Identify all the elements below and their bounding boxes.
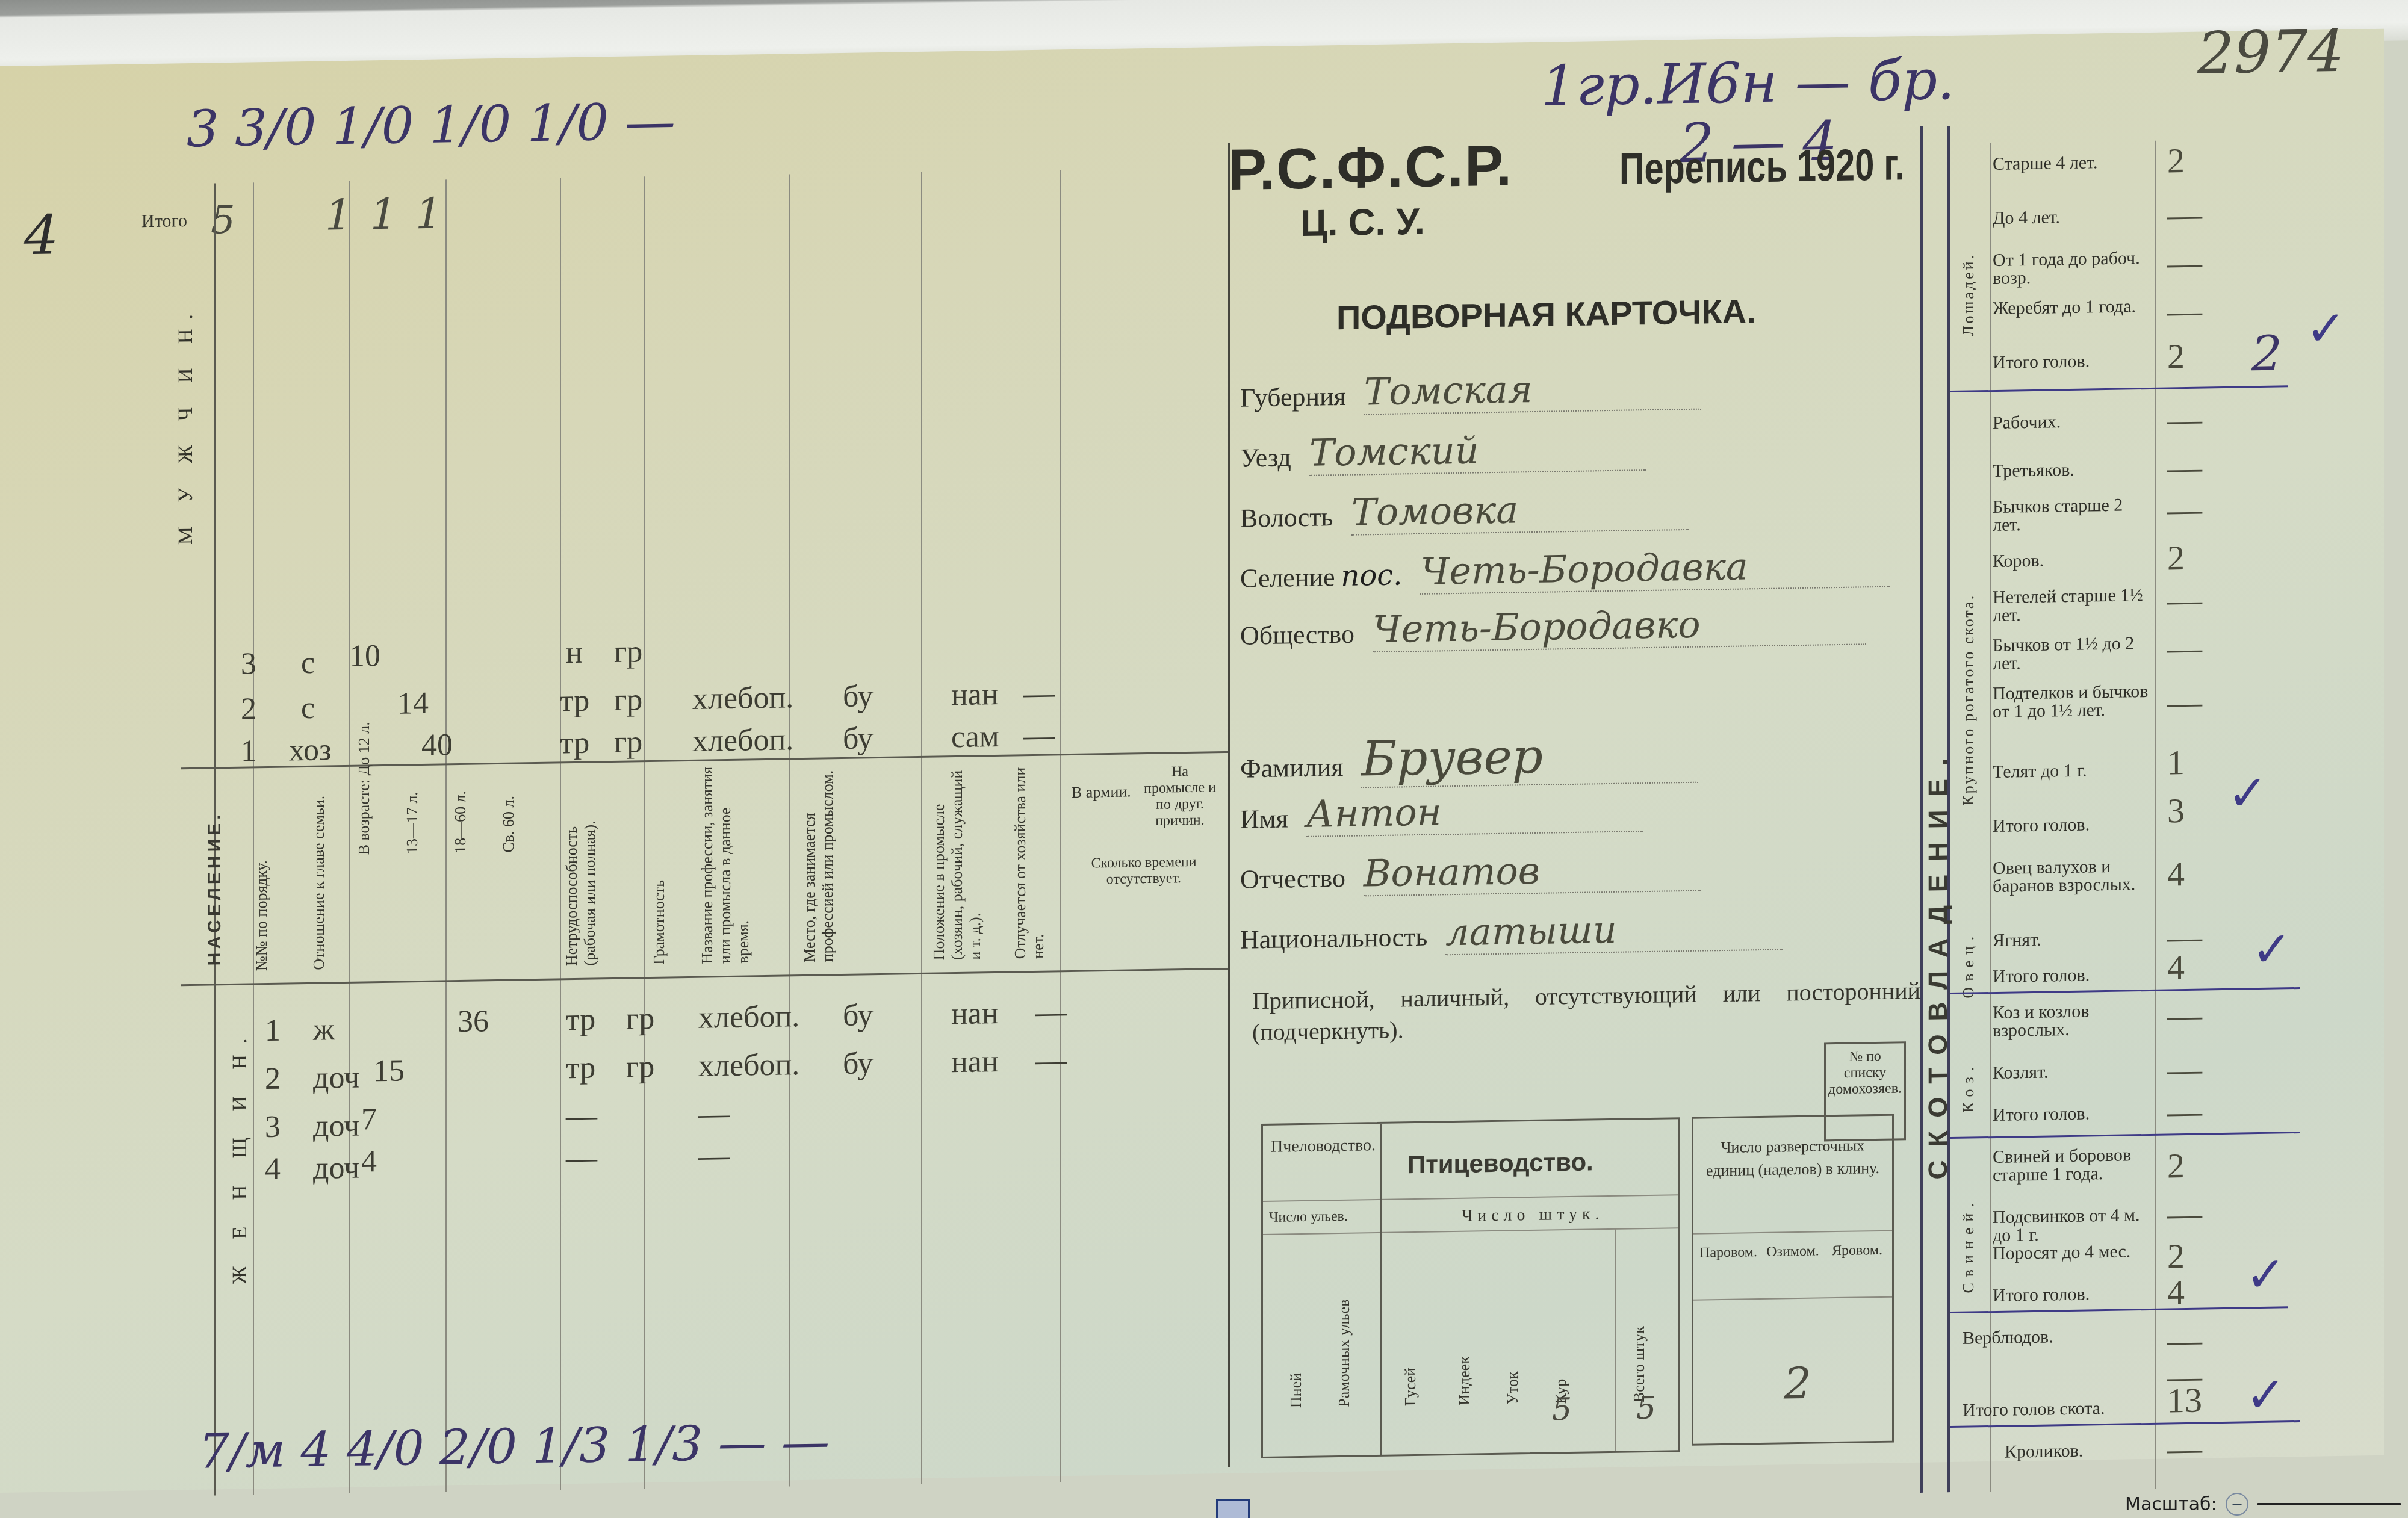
female-row-relation: доч	[313, 1060, 359, 1096]
field-label: Общество	[1240, 619, 1354, 651]
pigs-total: Итого голов.	[1993, 1284, 2155, 1305]
col-indeek: Индеек	[1456, 1356, 1474, 1405]
top-left-fraction-note: 3 3/0 1/0 1/0 1/0 —	[187, 91, 675, 158]
allotments-table: Число разверсточных единиц (наделов) в к…	[1692, 1114, 1894, 1446]
female-row-place: бу	[843, 997, 873, 1033]
col-number: №№ по порядку.	[253, 860, 271, 971]
population-section-label: НАСЕЛЕНИЕ.	[205, 811, 225, 965]
field-label: Губерния	[1240, 381, 1346, 414]
female-row-disability: —	[566, 1140, 597, 1176]
oxen-working: Рабочих.	[1993, 412, 2155, 432]
shoats-value: —	[2167, 1194, 2202, 1235]
poultry-beekeeping-table: Пчеловодство. Птицеводство. Число ульев.…	[1261, 1117, 1680, 1458]
cattle-total-value: 3	[2167, 790, 2185, 831]
male-row-age: 14	[397, 686, 429, 722]
male-itogo-label: Итого	[141, 211, 187, 232]
female-row-num: 4	[265, 1151, 281, 1187]
horses-1yr-to-working: От 1 года до рабоч. возр.	[1993, 249, 2155, 288]
piglets: Поросят до 4 мес.	[1993, 1242, 2155, 1263]
field-label: Селение	[1240, 562, 1335, 593]
allotments-title: Число разверсточных единиц (наделов) в к…	[1699, 1134, 1886, 1183]
piglets-value: 2	[2167, 1236, 2185, 1276]
male-row-disability: тр	[560, 683, 589, 719]
female-row-profession: хлебоп.	[698, 1047, 799, 1084]
male-row-relation: с	[301, 690, 315, 726]
col-age-13-17: 13—17 л.	[403, 792, 421, 854]
male-row-age: 10	[349, 638, 380, 674]
male-row-literacy: гр	[614, 634, 642, 670]
kur-value: 5	[1552, 1392, 1572, 1428]
field-value: Томовка	[1351, 485, 1689, 536]
male-row-place: бу	[843, 678, 873, 714]
field-label: Волость	[1240, 501, 1333, 533]
horses-check-value: 2	[2251, 325, 2282, 382]
field-familiya: Фамилия Брувер	[1240, 726, 1698, 790]
zoom-slider[interactable]	[2257, 1503, 2401, 1505]
republic-title: Р.С.Ф.С.Р.	[1228, 133, 1513, 203]
field-value: латыши	[1445, 905, 1783, 955]
form-title: ПОДВОРНАЯ КАРТОЧКА.	[1336, 291, 1756, 337]
magnifier-minus-icon[interactable]: −	[2226, 1493, 2248, 1516]
field-value: Вонатов	[1364, 846, 1701, 897]
male-row-profession: хлебоп.	[692, 722, 793, 759]
sheep-total: Итого голов.	[1993, 965, 2155, 986]
viewer-statusbar: Масштаб: −	[2125, 1493, 2401, 1516]
itogo-mark-2: 1	[370, 190, 397, 240]
checkmark-icon: ✓	[2245, 1366, 2286, 1424]
female-row-disability: тр	[566, 1002, 595, 1038]
field-label: Уезд	[1240, 442, 1291, 473]
field-volost: Волость Томовка	[1240, 485, 1689, 537]
female-row-position: нан	[951, 996, 999, 1032]
col-pney: Пней	[1287, 1373, 1305, 1408]
field-value: Четь-Бородавко	[1373, 599, 1866, 652]
itogo-mark-1: 1	[325, 190, 352, 240]
calves-value: 1	[2167, 742, 2185, 782]
camels: Верблюдов.	[1963, 1327, 2125, 1348]
field-label: Национальность	[1240, 922, 1427, 955]
field-value: Томский	[1309, 426, 1646, 476]
status-instruction: Приписной, наличный, отсутствующий или п…	[1252, 975, 1920, 1048]
col-in-army: В армии.	[1072, 782, 1131, 802]
beekeeping-title: Пчеловодство.	[1269, 1136, 1377, 1157]
livestock-section-label: СКОТОВЛАДЕНИЕ.	[1923, 745, 1953, 1180]
goats-adult: Коз и козлов взрослых.	[1993, 1002, 2155, 1040]
male-row-absent: —	[1023, 675, 1055, 711]
horses-under-4-value: —	[2167, 194, 2202, 235]
male-row-absent: —	[1023, 717, 1055, 754]
male-row-literacy: гр	[614, 682, 642, 718]
female-section-label: Ж Е Н Щ И Н.	[229, 1027, 252, 1284]
male-row-place: бу	[843, 720, 873, 757]
oxen-third-year-value: —	[2167, 447, 2202, 488]
field-value: Томская	[1364, 365, 1701, 415]
page-thumbnail-marker[interactable]	[1216, 1499, 1250, 1518]
census-card-scan: 3 3/0 1/0 1/0 1/0 — 4 1гр.И6н — бр. 2 — …	[0, 29, 2384, 1493]
field-natsionalnost: Национальность латыши	[1240, 905, 1783, 958]
bottom-left-fraction-note: 7/м 4 4/0 2/0 1/3 1/3 — —	[199, 1413, 830, 1479]
census-year-title: Перепись 1920 г.	[1619, 138, 1905, 194]
field-imya: Имя Антон	[1240, 787, 1643, 838]
left-margin-mark: 4	[24, 203, 58, 267]
camels-value: —	[2167, 1320, 2202, 1361]
female-row-place: бу	[843, 1046, 873, 1082]
female-row-relation: доч	[313, 1108, 359, 1144]
kids: Козлят.	[1993, 1062, 2155, 1082]
female-row-absent: —	[1035, 994, 1067, 1030]
field-value: Четь-Бородавка	[1420, 542, 1890, 595]
checkmark-icon: ✓	[2306, 300, 2346, 358]
horses-under-4: До 4 лет.	[1993, 207, 2155, 228]
male-row-profession: хлебоп.	[692, 680, 793, 717]
female-row-literacy: гр	[626, 1049, 654, 1085]
male-row-num: 1	[241, 733, 256, 769]
male-row-disability: н	[566, 635, 583, 671]
kids-value: —	[2167, 1049, 2202, 1090]
poultry-subtitle: Число штук.	[1462, 1204, 1604, 1226]
female-row-age: 36	[458, 1003, 489, 1039]
col-gusey: Гусей	[1401, 1368, 1420, 1407]
female-row-profession: —	[698, 1138, 730, 1174]
female-row-literacy: гр	[626, 1001, 654, 1037]
agency-title: Ц. С. У.	[1300, 200, 1425, 245]
shoats: Подсвинков от 4 м. до 1 г.	[1993, 1206, 2155, 1245]
bulls-over-2-value: —	[2167, 489, 2202, 530]
field-value: Антон	[1306, 787, 1643, 837]
goats-adult-value: —	[2167, 995, 2202, 1036]
field-guberniya: Губерния Томская	[1240, 365, 1701, 417]
male-row-num: 3	[241, 646, 256, 681]
group-horses: Лошадей.	[1960, 253, 1978, 336]
female-row-age: 7	[361, 1101, 377, 1137]
sheep-adult: Овец валухов и баранов взрослых.	[1993, 857, 2155, 896]
lambs: Ягнят.	[1993, 929, 2155, 950]
heifers-value: —	[2167, 580, 2202, 621]
rabbits: Кроликов.	[2005, 1440, 2167, 1461]
oxen-third-year: Третьяков.	[1993, 460, 2155, 480]
pigs-adult-value: 2	[2167, 1145, 2185, 1186]
female-row-relation: ж	[313, 1012, 335, 1048]
female-row-profession: —	[698, 1096, 730, 1132]
group-sheep: Овец.	[1960, 931, 1978, 999]
livestock-grand-total: Итого голов скота.	[1963, 1399, 2125, 1420]
male-row-position: сам	[951, 719, 999, 755]
group-pigs: Свиней.	[1960, 1197, 1978, 1293]
pigs-adult: Свиней и боровов старше 1 года.	[1993, 1146, 2155, 1185]
sheep-adult-value: 4	[2167, 853, 2185, 894]
heifers: Нетелей старше 1½ лет.	[1993, 586, 2155, 625]
col-profession: Название профессии, занятия или промысла…	[698, 764, 752, 964]
field-label: Имя	[1240, 803, 1288, 834]
female-row-disability: —	[566, 1098, 597, 1134]
rabbits-value: —	[2167, 1428, 2202, 1469]
female-row-disability: тр	[566, 1050, 595, 1086]
col-absence-duration: Сколько времени отсутствует.	[1069, 853, 1219, 888]
male-row-position: нан	[951, 677, 999, 713]
goats-total: Итого голов.	[1993, 1104, 2155, 1124]
field-uezd: Уезд Томский	[1240, 426, 1646, 477]
female-row-position: нан	[951, 1044, 999, 1080]
female-row-age: 4	[361, 1144, 377, 1179]
col-position: Положение в промысле (хозяин, рабочий, с…	[930, 761, 984, 960]
female-row-num: 2	[265, 1061, 281, 1097]
male-row-relation: с	[301, 645, 315, 681]
male-row-literacy: гр	[614, 724, 642, 760]
checkmark-icon: ✓	[2245, 1246, 2286, 1303]
vsego-value: 5	[1636, 1390, 1656, 1427]
bullocks-1-5-to-2-value: —	[2167, 628, 2202, 669]
field-selenie: Селение пос. Четь-Бородавка	[1240, 542, 1890, 598]
horses-total: Итого голов.	[1993, 352, 2155, 372]
female-row-absent: —	[1035, 1042, 1067, 1079]
col-age-over-60: Св. 60 л.	[500, 796, 518, 853]
female-row-profession: хлебоп.	[698, 999, 799, 1036]
itogo-mark-3: 1	[415, 188, 442, 238]
poultry-title: Птицеводство.	[1407, 1147, 1593, 1179]
allotments-value: 2	[1784, 1358, 1811, 1409]
col-parovom: Паровом.	[1698, 1244, 1758, 1262]
field-otchestvo: Отчество Вонатов	[1240, 846, 1701, 899]
foals-value: —	[2167, 291, 2202, 332]
col-ramochnyh: Рамочных ульев	[1335, 1299, 1353, 1407]
female-row-relation: доч	[313, 1150, 359, 1186]
yearlings-value: —	[2167, 682, 2202, 723]
col-absent: Отлучается от хозяйства или нет.	[1011, 760, 1047, 959]
beekeeping-subtitle: Число ульев.	[1269, 1209, 1348, 1226]
col-ozimom: Озимом.	[1763, 1243, 1823, 1260]
sheep-total-value: 4	[2167, 947, 2185, 987]
zoom-label: Масштаб:	[2125, 1494, 2217, 1515]
male-section-label: М У Ж Ч И Н.	[175, 305, 197, 545]
cows: Коров.	[1993, 550, 2155, 571]
col-age-under-12: В возрасте: До 12 л.	[355, 722, 373, 855]
oxen-working-value: —	[2167, 399, 2202, 440]
male-row-num: 2	[241, 691, 256, 726]
archive-number: 2974	[2197, 17, 2344, 87]
checkmark-icon: ✓	[2227, 765, 2268, 822]
col-yarovom: Яровом.	[1827, 1242, 1887, 1260]
col-other-reasons: На промысле и по друг. причин.	[1144, 763, 1216, 829]
horses-total-value: 2	[2167, 336, 2185, 376]
calves: Телят до 1 г.	[1993, 761, 2155, 781]
bulls-over-2: Бычков старше 2 лет.	[1993, 496, 2155, 534]
yearlings: Подтелков и бычков от 1 до 1½ лет.	[1993, 683, 2155, 721]
col-literacy: Грамотность	[650, 880, 668, 965]
male-row-age: 40	[421, 727, 453, 763]
pigs-total-value: 4	[2167, 1272, 2185, 1312]
male-row-disability: тр	[560, 725, 589, 761]
horses-over-4-value: 2	[2167, 140, 2185, 181]
field-label: Отчество	[1240, 863, 1345, 895]
female-row-num: 1	[265, 1013, 281, 1049]
col-utok: Уток	[1504, 1371, 1522, 1405]
top-handwritten-note-1: 1гр.И6н — бр.	[1541, 48, 1955, 119]
col-disability: Нетрудоспособность (рабочая или полная).	[563, 767, 599, 966]
female-row-age: 15	[373, 1053, 405, 1089]
col-age-18-60: 18—60 л.	[451, 791, 470, 853]
field-value: Брувер	[1361, 726, 1698, 788]
goats-total-value: —	[2167, 1091, 2202, 1132]
horses-1yr-to-working-value: —	[2167, 243, 2202, 283]
horses-over-4: Старше 4 лет.	[1993, 153, 2155, 173]
col-place: Место, где занимается профессией или про…	[801, 763, 837, 962]
col-relation: Отношение к главе семьи.	[310, 796, 328, 970]
cattle-total: Итого голов.	[1993, 815, 2155, 835]
field-prefix: пос.	[1341, 558, 1403, 593]
livestock-grand-total-value: 13	[2167, 1380, 2202, 1421]
group-cattle: Крупного рогатого скота.	[1960, 594, 1978, 806]
group-goats: Коз.	[1960, 1061, 1978, 1113]
bullocks-1-5-to-2: Бычков от 1½ до 2 лет.	[1993, 634, 2155, 673]
checkmark-icon: ✓	[2251, 921, 2292, 978]
foals: Жеребят до 1 года.	[1993, 297, 2155, 318]
cows-value: 2	[2167, 537, 2185, 578]
male-row-relation: хоз	[289, 732, 332, 768]
field-label: Фамилия	[1240, 752, 1343, 784]
female-row-num: 3	[265, 1109, 281, 1145]
field-obshchestvo: Общество Четь-Бородавко	[1240, 599, 1866, 654]
